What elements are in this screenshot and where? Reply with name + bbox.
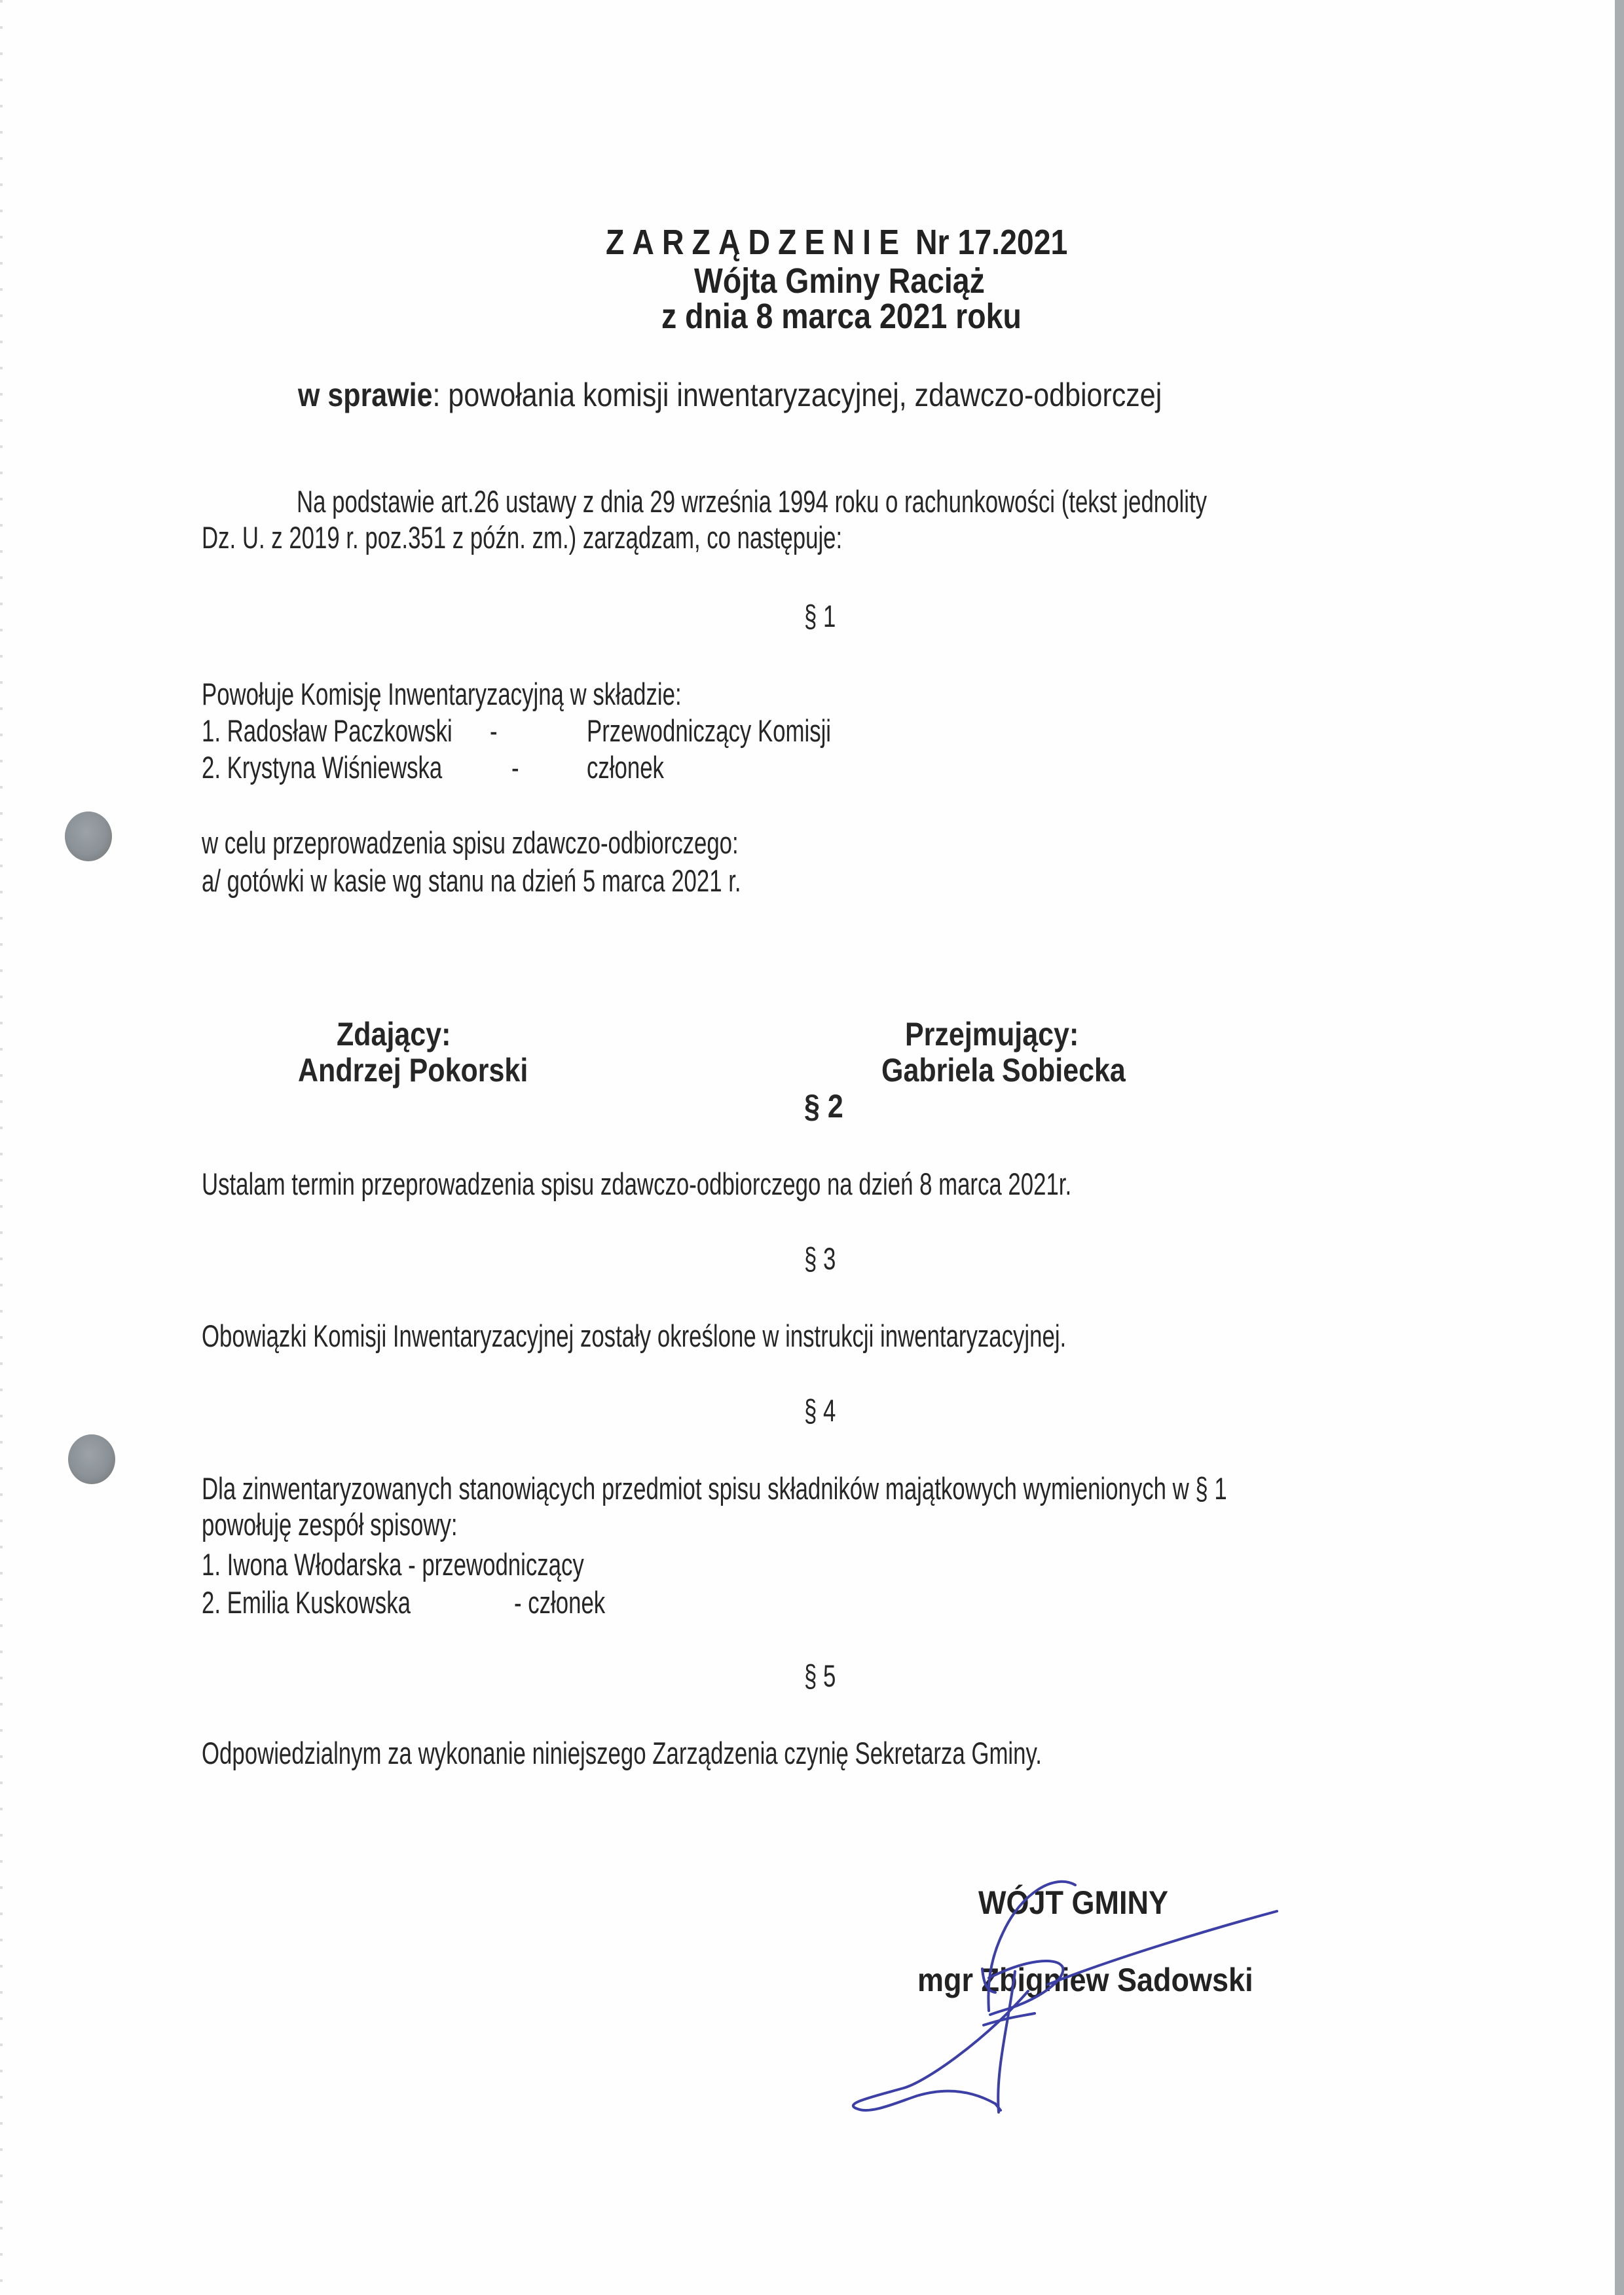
section-5-mark: § 5: [804, 1660, 836, 1691]
member-number: 2.: [202, 750, 221, 785]
section-3-mark: § 3: [804, 1243, 836, 1274]
member-name: Radosław Paczkowski: [227, 713, 452, 748]
section-1-intro: Powołuje Komisję Inwentaryzacyjną w skła…: [202, 679, 682, 709]
section-5-text: Odpowiedzialnym za wykonanie niniejszego…: [202, 1738, 1042, 1768]
section-4-line-1: Dla zinwentaryzowanych stanowiących prze…: [202, 1473, 1227, 1504]
receiver-name: Gabriela Sobiecka: [881, 1054, 1126, 1087]
team-member-1: 1. Iwona Włodarska - przewodniczący: [202, 1549, 584, 1580]
section-3-text: Obowiązki Komisji Inwentaryzacyjnej zost…: [202, 1320, 1066, 1351]
section-1-mark: § 1: [804, 601, 836, 631]
issuer: Wójta Gminy Raciąż: [694, 263, 985, 299]
subject-text: : powołania komisji inwentaryzacyjnej, z…: [433, 377, 1162, 413]
member-1-dash: -: [490, 715, 498, 746]
punch-hole-bottom: [68, 1434, 115, 1484]
scan-edge-left: [0, 0, 3, 2295]
team-member-2-name: 2. Emilia Kuskowska: [202, 1587, 411, 1618]
purpose-line-1: w celu przeprowadzenia spisu zdawczo-odb…: [202, 827, 739, 858]
title-word: ZARZĄDZENIE: [606, 223, 907, 262]
member-number: 1.: [202, 713, 221, 748]
member-2-dash: -: [511, 752, 519, 783]
purpose-line-2: a/ gotówki w kasie wg stanu na dzień 5 m…: [202, 865, 741, 896]
receiver-label: Przejmujący:: [905, 1018, 1079, 1051]
preamble-line-2: Dz. U. z 2019 r. poz.351 z późn. zm.) za…: [202, 522, 842, 553]
section-2-text: Ustalam termin przeprowadzenia spisu zda…: [202, 1168, 1071, 1199]
section-4-line-2: powołuję zespół spisowy:: [202, 1509, 458, 1540]
title-number: Nr 17.2021: [915, 223, 1067, 262]
team-member-2-role: - członek: [514, 1587, 605, 1618]
member-1: 1. Radosław Paczkowski: [202, 715, 452, 746]
scan-edge-right: [1615, 0, 1624, 2295]
section-4-mark: § 4: [804, 1395, 836, 1426]
punch-hole-top: [65, 812, 112, 861]
document-page: ZARZĄDZENIE Nr 17.2021 Wójta Gminy Racią…: [0, 0, 1624, 2295]
member-2-role: członek: [587, 752, 664, 783]
title-line: ZARZĄDZENIE Nr 17.2021: [606, 225, 1067, 260]
giver-name: Andrzej Pokorski: [298, 1054, 528, 1087]
member-name: Krystyna Wiśniewska: [227, 750, 443, 785]
subject-line: w sprawie: powołania komisji inwentaryza…: [298, 379, 1162, 411]
handwritten-signature: [832, 1854, 1303, 2116]
member-1-role: Przewodniczący Komisji: [587, 715, 831, 746]
giver-label: Zdający:: [337, 1018, 451, 1051]
section-2-mark: § 2: [804, 1090, 843, 1123]
member-2: 2. Krystyna Wiśniewska: [202, 752, 442, 783]
subject-label: w sprawie: [298, 377, 433, 413]
preamble-line-1: Na podstawie art.26 ustawy z dnia 29 wrz…: [297, 486, 1207, 517]
date-line: z dnia 8 marca 2021 roku: [661, 299, 1022, 334]
